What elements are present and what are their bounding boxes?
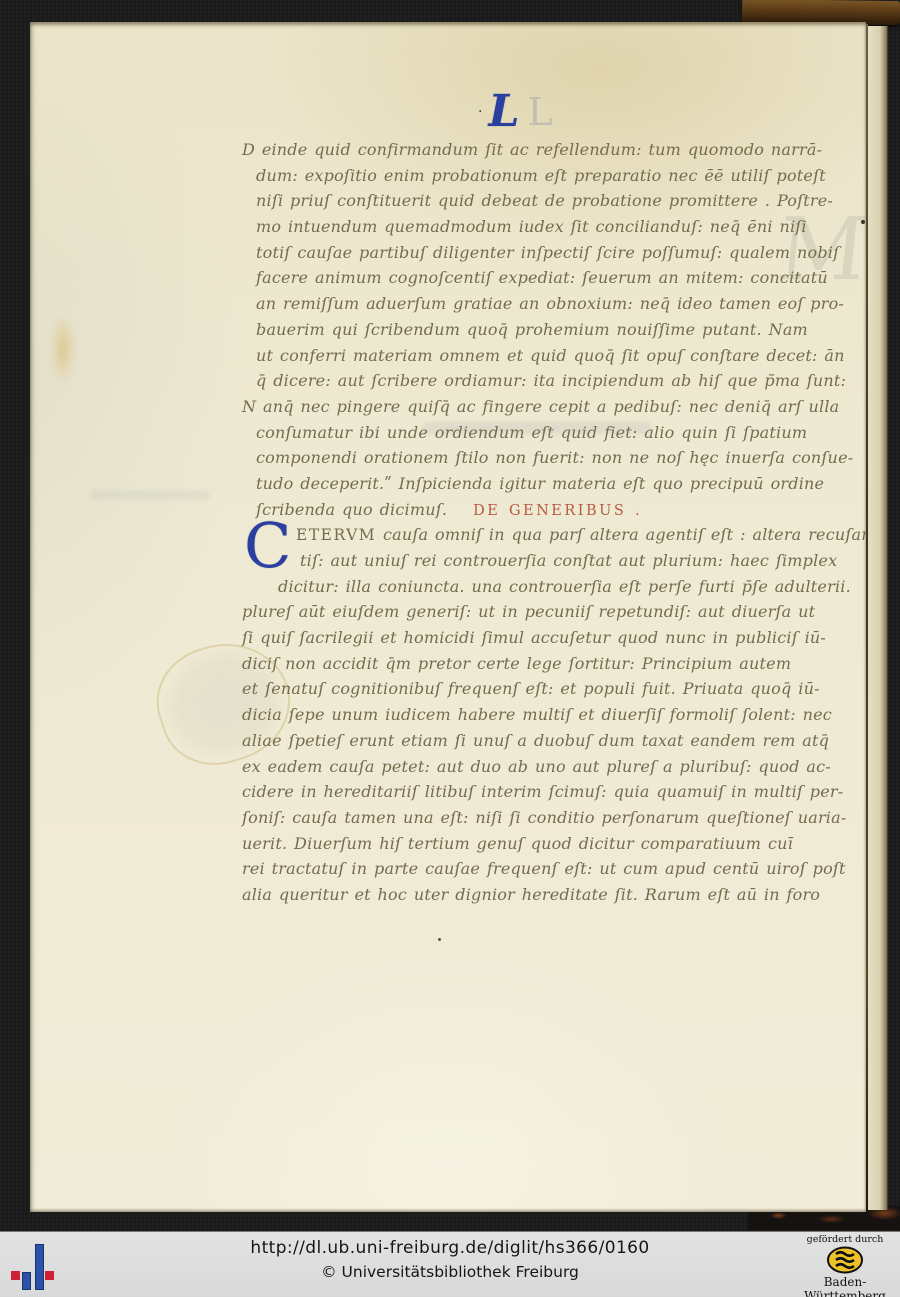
manuscript-line: ſi quiſ ſacrilegii et homicidi ſimul acc… <box>242 628 857 654</box>
next-page-edge <box>868 26 888 1210</box>
line-segment: D einde quid confirmandum ſit ac refelle… <box>242 140 822 159</box>
manuscript-line: et ſenatuſ cognitionibuſ frequenſ eſt: e… <box>242 679 857 705</box>
line-segment: facere animum cognoſcentiſ expediat: ſeu… <box>256 268 828 287</box>
line-segment: cauſa omniſ in qua parſ altera agentiſ e… <box>376 525 877 544</box>
manuscript-page: M · L L C D einde quid confirmandum ſit … <box>30 22 866 1212</box>
line-segment: conſumatur ibi unde ordiendum eſt quid f… <box>256 423 807 442</box>
region-label: Baden-Württemberg <box>795 1275 895 1297</box>
line-segment: plureſ aūt eiuſdem generiſ: ut in pecuni… <box>242 602 815 621</box>
manuscript-line: aliae ſpetieſ erunt etiam ſi unuſ a duob… <box>242 731 857 757</box>
manuscript-line: bauerim qui ſcribendum quoq̄ prohemium n… <box>242 320 857 346</box>
logo-blue-bar-tall <box>35 1244 44 1290</box>
library-logo <box>10 1242 60 1292</box>
manuscript-line: tiſ: aut uniuſ rei controuerſia conſtat … <box>242 551 857 577</box>
quire-mark: · L L <box>478 84 558 140</box>
line-segment: dicitur: illa coniuncta. una controuerſi… <box>278 577 851 596</box>
rubric-heading: DE GENERIBUS . <box>473 503 642 519</box>
line-segment: ſi quiſ ſacrilegii et homicidi ſimul acc… <box>242 628 826 647</box>
footer-caption: http://dl.ub.uni-freiburg.de/diglit/hs36… <box>180 1238 720 1281</box>
logo-red-square-left <box>11 1271 20 1280</box>
manuscript-line: alia queritur et hoc uter dignior heredi… <box>242 885 857 911</box>
line-segment: aliae ſpetieſ erunt etiam ſi unuſ a duob… <box>242 731 829 750</box>
manuscript-line: rei tractatuſ in parte cauſae frequenſ e… <box>242 859 857 885</box>
manuscript-line: totiſ cauſae partibuſ diligenter inſpect… <box>242 243 857 269</box>
manuscript-line: ETERVM cauſa omniſ in qua parſ altera ag… <box>242 525 857 551</box>
line-segment: diciſ non accidit q̄m pretor certe lege … <box>242 654 791 673</box>
line-segment: niſi priuſ conſtituerit quid debeat de p… <box>256 191 833 210</box>
quire-letter-L: L <box>488 90 519 134</box>
line-segment: cidere in hereditariiſ litibuſ interim ſ… <box>242 782 843 801</box>
line-segment: rei tractatuſ in parte cauſae frequenſ e… <box>242 859 846 878</box>
manuscript-line: ſoniſ: cauſa tamen una eſt: niſi ſi cond… <box>242 808 857 834</box>
manuscript-line: q̄ dicere: aut ſcribere ordiamur: ita in… <box>242 371 857 397</box>
baden-wuerttemberg-coat-of-arms-icon <box>826 1246 864 1274</box>
line-segment: dicia ſepe unum iudicem habere multiſ et… <box>242 705 832 724</box>
line-segment: tudo deceperit.ʺ Inſpicienda igitur mate… <box>256 474 824 493</box>
line-segment: componendi orationem ſtilo non fuerit: n… <box>256 448 853 467</box>
manuscript-line: dicitur: illa coniuncta. una controuerſi… <box>242 577 857 603</box>
manuscript-line: an remiſſum aduerſum gratiae an obnoxium… <box>242 294 857 320</box>
line-segment: ex eadem cauſa petet: aut duo ab uno aut… <box>242 757 831 776</box>
quire-letter-ghost: L <box>527 90 552 134</box>
line-segment: mo intuendum quemadmodum iudex ſit conci… <box>256 217 807 236</box>
manuscript-line: niſi priuſ conſtituerit quid debeat de p… <box>242 191 857 217</box>
ink-dot <box>861 220 865 224</box>
show-through-text <box>90 490 210 500</box>
manuscript-line: facere animum cognoſcentiſ expediat: ſeu… <box>242 268 857 294</box>
line-segment: ut conferri materiam omnem et quid quoq̄… <box>256 346 845 365</box>
manuscript-line: ex eadem cauſa petet: aut duo ab uno aut… <box>242 757 857 783</box>
line-segment: dum: expoſitio enim probationum eſt prep… <box>256 166 826 185</box>
logo-blue-bar-short <box>22 1272 31 1290</box>
line-segment: N anq̄ nec pingere quiſq̄ ac fingere cep… <box>242 397 839 416</box>
funding-label: gefördert durch <box>795 1234 895 1245</box>
ink-dot <box>438 938 441 941</box>
footer-bar: http://dl.ub.uni-freiburg.de/diglit/hs36… <box>0 1231 900 1297</box>
manuscript-line: ſcribenda quo dicimuſ.DE GENERIBUS . <box>242 500 857 526</box>
illuminated-initial-C: C <box>244 518 292 574</box>
manuscript-line: D einde quid confirmandum ſit ac refelle… <box>242 140 857 166</box>
line-segment: bauerim qui ſcribendum quoq̄ prohemium n… <box>256 320 808 339</box>
line-segment: alia queritur et hoc uter dignior heredi… <box>242 885 820 904</box>
manuscript-line: cidere in hereditariiſ litibuſ interim ſ… <box>242 782 857 808</box>
line-segment: ETERVM <box>296 526 376 544</box>
line-segment: totiſ cauſae partibuſ diligenter inſpect… <box>256 243 839 262</box>
line-segment: tiſ: aut uniuſ rei controuerſia conſtat … <box>300 551 837 570</box>
manuscript-line: tudo deceperit.ʺ Inſpicienda igitur mate… <box>242 474 857 500</box>
manuscript-line: plureſ aūt eiuſdem generiſ: ut in pecuni… <box>242 602 857 628</box>
line-segment: an remiſſum aduerſum gratiae an obnoxium… <box>256 294 844 313</box>
line-segment: ſoniſ: cauſa tamen una eſt: niſi ſi cond… <box>242 808 846 827</box>
copyright-line: © Universitätsbibliothek Freiburg <box>180 1263 720 1281</box>
text-block: C D einde quid confirmandum ſit ac refel… <box>242 140 857 911</box>
manuscript-line: ut conferri materiam omnem et quid quoq̄… <box>242 346 857 372</box>
line-segment: q̄ dicere: aut ſcribere ordiamur: ita in… <box>256 371 846 390</box>
manuscript-line: componendi orationem ſtilo non fuerit: n… <box>242 448 857 474</box>
logo-red-square-right <box>45 1271 54 1280</box>
line-segment: uerit. Diuerſum hiſ tertium genuſ quod d… <box>242 834 793 853</box>
quire-dot: · <box>478 104 482 120</box>
funding-block: gefördert durch Baden-Württemberg <box>795 1234 895 1297</box>
manuscript-line: diciſ non accidit q̄m pretor certe lege … <box>242 654 857 680</box>
manuscript-line: uerit. Diuerſum hiſ tertium genuſ quod d… <box>242 834 857 860</box>
manuscript-line: mo intuendum quemadmodum iudex ſit conci… <box>242 217 857 243</box>
manuscript-line: dicia ſepe unum iudicem habere multiſ et… <box>242 705 857 731</box>
manuscript-line: conſumatur ibi unde ordiendum eſt quid f… <box>242 423 857 449</box>
manuscript-line: dum: expoſitio enim probationum eſt prep… <box>242 166 857 192</box>
source-url: http://dl.ub.uni-freiburg.de/diglit/hs36… <box>180 1238 720 1258</box>
manuscript-line: N anq̄ nec pingere quiſq̄ ac fingere cep… <box>242 397 857 423</box>
yellow-stain <box>50 314 76 384</box>
line-segment: et ſenatuſ cognitionibuſ frequenſ eſt: e… <box>242 679 820 698</box>
